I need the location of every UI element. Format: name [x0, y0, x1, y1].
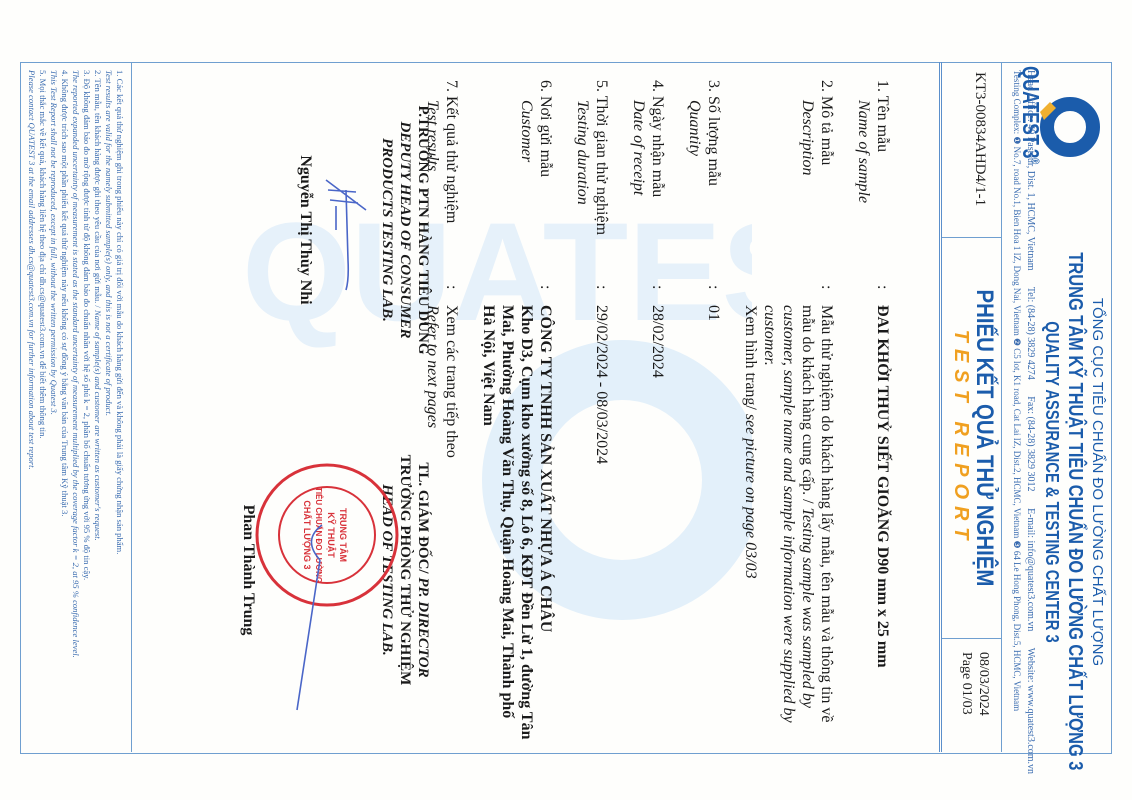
colon: : — [629, 285, 667, 305]
page-number: Page 01/03 — [958, 652, 975, 716]
report-date: 08/03/2024 — [975, 652, 992, 716]
tel: Tel: (84-28) 3829 4274 — [1025, 287, 1036, 380]
colon: : — [479, 285, 555, 305]
field-label-en: Description — [798, 80, 817, 285]
signature-mark-icon — [292, 520, 332, 720]
customer: CÔNG TY TNHH SẢN XUẤT NHỰA Á CHÂU Kho D3… — [479, 305, 555, 740]
report-number: KT3-00834AHD4/1-1 — [971, 72, 988, 206]
field-label: 2. Mô tả mẫu — [817, 80, 836, 285]
signature-block-director: TL. GIÁM ĐỐC/ PP. DIRECTOR TRƯỞNG PHÒNG … — [378, 400, 432, 740]
colon: : — [741, 285, 836, 305]
field-row: 6. Nơi gửi mẫuCustomer : CÔNG TY TNHH SẢ… — [479, 80, 555, 740]
signer-name: Phan Thành Trung — [239, 400, 257, 740]
colon: : — [685, 285, 723, 305]
field-label: 6. Nơi gửi mẫu — [536, 80, 555, 285]
quantity: 01 — [685, 305, 723, 740]
date-of-receipt: 28/02/2024 — [629, 305, 667, 740]
customer-name: CÔNG TY TNHH SẢN XUẤT NHỰA Á CHÂU — [536, 305, 555, 740]
title-vi: PHIẾU KẾT QUẢ THỬ NGHIỆM — [970, 268, 998, 608]
field-row: 3. Số lượng mẫuQuantity : 01 — [685, 80, 723, 740]
testing-complex: Testing Complex: ❶ No.7, road No.1, Bien… — [1011, 70, 1022, 750]
fax: Fax: (84-28) 3829 3012 — [1025, 396, 1036, 491]
field-label-en: Name of sample — [854, 80, 873, 285]
title-en: TEST REPORT — [949, 238, 972, 638]
field-row: 2. Mô tả mẫuDescription : Mẫu thử nghiệm… — [741, 80, 836, 740]
signer-name: Nguyễn Thị Thùy Nhi — [296, 80, 314, 380]
report-fields: 1. Tên mẫuName of sample : ĐAI KHỞI THUỶ… — [405, 80, 892, 740]
agency-name: TỔNG CỤC TIÊU CHUẨN ĐO LƯỜNG CHẤT LƯỢNG — [1089, 212, 1106, 752]
footnote: 4. Không được trích sao một phần phiếu k… — [48, 70, 70, 744]
signature-mark-icon — [316, 170, 376, 300]
center-name-vi: TRUNG TÂM KỸ THUẬT TIÊU CHUẨN ĐO LƯỜNG C… — [1063, 252, 1086, 711]
field-row: 5. Thời gian thử nghiệmTesting duration … — [573, 80, 611, 740]
date-page-box: 08/03/2024 Page 01/03 — [958, 652, 992, 716]
footnotes: 1. Các kết quả thử nghiệm ghi trong phiế… — [22, 62, 132, 752]
field-label: 5. Thời gian thử nghiệm — [592, 80, 611, 285]
email: E-mail: info@quatest3.com.vn — [1025, 508, 1036, 631]
contact-line: Head Office: 49 Pasteur, Dist. 1, HCMC, … — [1025, 70, 1036, 750]
field-row: 1. Tên mẫuName of sample : ĐAI KHỞI THUỶ… — [854, 80, 892, 740]
sample-name: ĐAI KHỞI THUỶ SIẾT GIOĂNG D90 mm x 25 mm — [854, 305, 892, 740]
footnote: 3. Độ không đảm bảo đo mở rộng được tính… — [70, 70, 92, 744]
footnote: 1. Các kết quả thử nghiệm ghi trong phiế… — [103, 70, 125, 744]
center-name-en: QUALITY ASSURANCE & TESTING CENTER 3 — [1041, 252, 1062, 711]
title-bar: KT3-00834AHD4/1-1 PHIẾU KẾT QUẢ THỬ NGHI… — [939, 62, 1002, 752]
field-label: 7. Kết quả thử nghiệm — [442, 80, 461, 285]
test-report-page: QUATEST 3 QUATEST 3® TỔNG CỤC TIÊU CHUẨN… — [0, 0, 1132, 800]
head-office: Head Office: 49 Pasteur, Dist. 1, HCMC, … — [1025, 70, 1036, 271]
field-label-en: Testing duration — [573, 80, 592, 285]
description: Mẫu thử nghiệm do khách hàng lấy mẫu, tê… — [741, 305, 836, 740]
field-label-en: Date of receipt — [629, 80, 648, 285]
letterhead: QUATEST 3® TỔNG CỤC TIÊU CHUẨN ĐO LƯỜNG … — [1001, 62, 1112, 752]
field-label-en: Customer — [517, 80, 536, 285]
customer-address: Kho D3, Cụm kho xưởng số 8, Lô 6, KĐT Đề… — [479, 305, 536, 740]
svg-text:TRUNG TÂM: TRUNG TÂM — [338, 508, 349, 562]
field-label: 3. Số lượng mẫu — [704, 80, 723, 285]
field-label: 4. Ngày nhận mẫu — [648, 80, 667, 285]
testing-duration: 29/02/2024 - 08/03/2024 — [573, 305, 611, 740]
field-label: 1. Tên mẫu — [873, 80, 892, 285]
colon: : — [854, 285, 892, 305]
title-box: PHIẾU KẾT QUẢ THỬ NGHIỆM TEST REPORT — [942, 237, 1002, 639]
footnote: 5. Mọi thắc mắc về kết quả, khách hàng l… — [26, 70, 48, 744]
colon: : — [573, 285, 611, 305]
field-label-en: Quantity — [685, 80, 704, 285]
footnote: 2. Tên mẫu, tên khách hàng được ghi theo… — [92, 70, 103, 744]
website: Website: www.quatest3.com.vn — [1025, 648, 1036, 774]
signature-block-deputy: P.TRƯỞNG PTN HÀNG TIÊU DÙNG DEPUTY HEAD … — [378, 80, 432, 380]
field-row: 4. Ngày nhận mẫuDate of receipt : 28/02/… — [629, 80, 667, 740]
